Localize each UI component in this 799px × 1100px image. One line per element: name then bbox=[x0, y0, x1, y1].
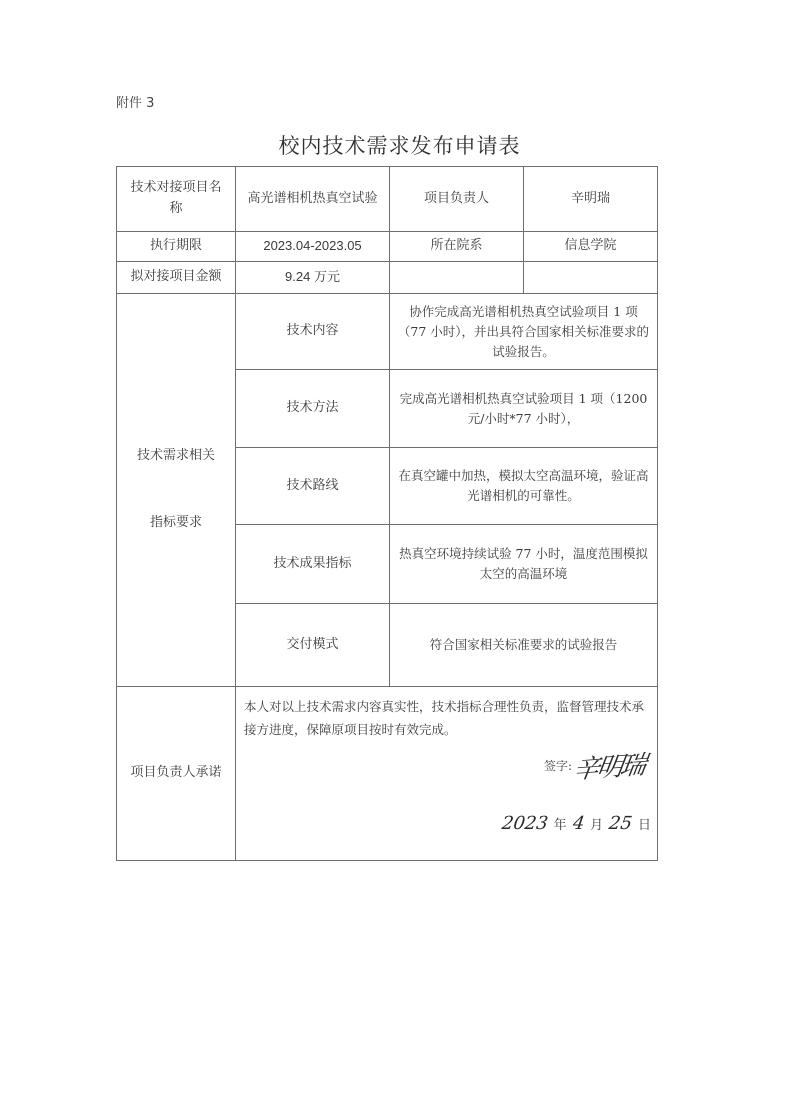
requirements-group-label-line2: 指标要求 bbox=[123, 513, 229, 534]
requirement-label: 交付模式 bbox=[236, 604, 390, 687]
row-project-name: 技术对接项目名 称 高光谱相机热真空试验 项目负责人 辛明瑞 bbox=[117, 167, 658, 232]
commitment-label: 项目负责人承诺 bbox=[117, 687, 236, 861]
date-year: 2023 bbox=[499, 807, 549, 840]
project-leader-label: 项目负责人 bbox=[390, 167, 524, 232]
execution-period-label: 执行期限 bbox=[117, 232, 236, 262]
requirement-label: 技术路线 bbox=[236, 448, 390, 525]
execution-period-value: 2023.04-2023.05 bbox=[236, 232, 390, 262]
date-month-unit: 月 bbox=[590, 814, 603, 838]
requirement-label: 技术成果指标 bbox=[236, 525, 390, 604]
department-value: 信息学院 bbox=[524, 232, 658, 262]
handwritten-signature: 辛明瑞 bbox=[572, 753, 646, 784]
application-form-table: 技术对接项目名 称 高光谱相机热真空试验 项目负责人 辛明瑞 执行期限 2023… bbox=[116, 166, 658, 861]
row-execution-period: 执行期限 2023.04-2023.05 所在院系 信息学院 bbox=[117, 232, 658, 262]
requirement-label: 技术方法 bbox=[236, 370, 390, 448]
requirement-value: 协作完成高光谱相机热真空试验项目 1 项（77 小时），并出具符合国家相关标准要… bbox=[390, 294, 658, 370]
date-day: 25 bbox=[607, 807, 635, 840]
signature-line: 签字: 辛明瑞 bbox=[544, 751, 643, 777]
amount-extra-label bbox=[390, 262, 524, 294]
attachment-label: 附件 3 bbox=[116, 92, 154, 111]
amount-value: 9.24 万元 bbox=[236, 262, 390, 294]
amount-extra-value bbox=[524, 262, 658, 294]
date-month: 4 bbox=[570, 807, 586, 840]
project-name-label-line2: 称 bbox=[169, 201, 182, 216]
signature-label: 签字: bbox=[544, 755, 572, 777]
row-requirement-content: 技术需求相关 指标要求 技术内容 协作完成高光谱相机热真空试验项目 1 项（77… bbox=[117, 294, 658, 370]
page-title: 校内技术需求发布申请表 bbox=[0, 130, 799, 160]
signature-date: 2023 年 4 月 25 日 bbox=[502, 807, 651, 840]
project-name-label-line1: 技术对接项目名 bbox=[130, 180, 221, 195]
requirement-value: 热真空环境持续试验 77 小时，温度范围模拟太空的高温环境 bbox=[390, 525, 658, 604]
date-day-unit: 日 bbox=[638, 814, 651, 838]
requirements-group-label: 技术需求相关 指标要求 bbox=[117, 294, 236, 687]
date-year-unit: 年 bbox=[554, 814, 567, 838]
project-name-label: 技术对接项目名 称 bbox=[117, 167, 236, 232]
commitment-text: 本人对以上技术需求内容真实性，技术指标合理性负责，监督管理技术承接方进度，保障原… bbox=[244, 695, 649, 741]
row-commitment: 项目负责人承诺 本人对以上技术需求内容真实性，技术指标合理性负责，监督管理技术承… bbox=[117, 687, 658, 861]
requirements-group-label-line1: 技术需求相关 bbox=[123, 446, 229, 467]
requirement-value: 完成高光谱相机热真空试验项目 1 项（1200 元/小时*77 小时）， bbox=[390, 370, 658, 448]
requirement-label: 技术内容 bbox=[236, 294, 390, 370]
requirement-value: 在真空罐中加热，模拟太空高温环境，验证高光谱相机的可靠性。 bbox=[390, 448, 658, 525]
row-amount: 拟对接项目金额 9.24 万元 bbox=[117, 262, 658, 294]
project-name-value: 高光谱相机热真空试验 bbox=[236, 167, 390, 232]
project-leader-value: 辛明瑞 bbox=[524, 167, 658, 232]
department-label: 所在院系 bbox=[390, 232, 524, 262]
amount-label: 拟对接项目金额 bbox=[117, 262, 236, 294]
commitment-cell: 本人对以上技术需求内容真实性，技术指标合理性负责，监督管理技术承接方进度，保障原… bbox=[236, 687, 658, 861]
requirement-value: 符合国家相关标准要求的试验报告 bbox=[390, 604, 658, 687]
